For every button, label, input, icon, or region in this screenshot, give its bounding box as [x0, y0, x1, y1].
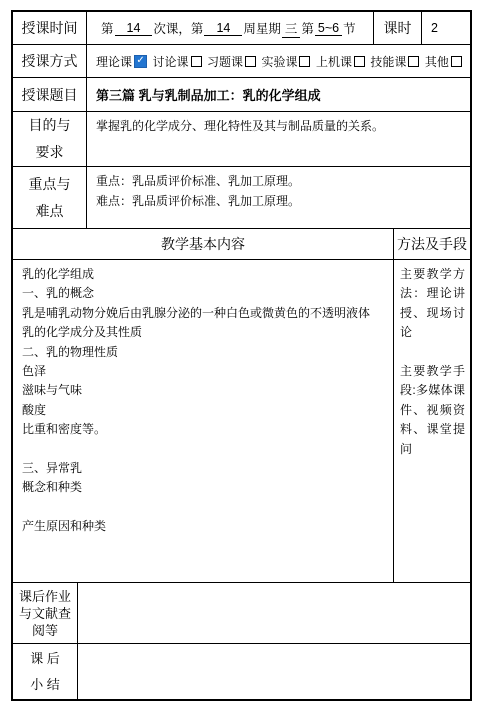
methods-paragraph: 主要教学方法：理论讲授、现场讨论 [400, 265, 465, 343]
content-line: 滋味与气味 [22, 381, 385, 400]
teaching-method-label: 授课方式 [13, 45, 87, 77]
row-teaching-method: 授课方式 理论课 讨论课 习题课 实验课 上机课 技能课 其他 [13, 45, 470, 78]
class-hours-value: 2 [422, 12, 470, 44]
content-line [22, 440, 385, 459]
option-discussion[interactable]: 讨论课 [152, 53, 201, 70]
checkbox-icon[interactable] [191, 56, 202, 67]
row-keypoints: 重点与 难点 重点：乳品质评价标准、乳加工原理。 难点：乳品质评价标准、乳加工原… [13, 167, 470, 229]
option-other[interactable]: 其他 [425, 53, 462, 70]
time-mid2: 周星期 [243, 19, 281, 37]
homework-label: 课后作业 与文献查 阅等 [13, 583, 78, 643]
difficulty-line: 难点：乳品质评价标准、乳加工原理。 [96, 191, 462, 211]
row-teaching-time: 授课时间 第14次课，第14周星期三第5~6节 课时 2 [13, 12, 470, 45]
teaching-content: 乳的化学组成 一、乳的概念 乳是哺乳动物分娩后由乳腺分泌的一种白色或微黄色的不透… [13, 260, 394, 582]
topic-label: 授课题目 [13, 78, 87, 111]
option-computer[interactable]: 上机课 [316, 53, 365, 70]
row-purpose: 目的与 要求 掌握乳的化学成分、理化特性及其与制品质量的关系。 [13, 112, 470, 167]
content-line: 乳的化学成分及其性质 [22, 323, 385, 342]
lesson-plan-table: 授课时间 第14次课，第14周星期三第5~6节 课时 2 授课方式 理论课 讨论… [11, 10, 472, 701]
content-line: 乳的化学组成 [22, 265, 385, 284]
teaching-time-label: 授课时间 [13, 12, 87, 44]
periods-blank: 5~6 [315, 21, 342, 36]
summary-content [78, 644, 470, 699]
content-line: 二、乳的物理性质 [22, 343, 385, 362]
content-line: 产生原因和种类 [22, 517, 385, 536]
checkbox-icon[interactable] [451, 56, 462, 67]
teaching-method-options: 理论课 讨论课 习题课 实验课 上机课 技能课 其他 [87, 45, 470, 77]
row-homework: 课后作业 与文献查 阅等 [13, 583, 470, 644]
teaching-time-value: 第14次课，第14周星期三第5~6节 [87, 12, 374, 44]
keypoint-line: 重点：乳品质评价标准、乳加工原理。 [96, 171, 462, 191]
checkbox-icon[interactable] [245, 56, 256, 67]
time-mid3: 第 [301, 19, 314, 37]
row-main-content: 乳的化学组成 一、乳的概念 乳是哺乳动物分娩后由乳腺分泌的一种白色或微黄色的不透… [13, 260, 470, 583]
class-hours-label: 课时 [374, 12, 422, 44]
row-topic: 授课题目 第三篇 乳与乳制品加工：乳的化学组成 [13, 78, 470, 112]
methods-header-title: 方法及手段 [394, 229, 470, 259]
checkbox-icon[interactable] [408, 56, 419, 67]
checkbox-icon[interactable] [134, 55, 147, 68]
content-header-title: 教学基本内容 [13, 229, 394, 259]
purpose-label: 目的与 要求 [13, 112, 87, 166]
keypoints-content: 重点：乳品质评价标准、乳加工原理。 难点：乳品质评价标准、乳加工原理。 [87, 167, 470, 228]
content-line: 一、乳的概念 [22, 284, 385, 303]
content-line: 乳是哺乳动物分娩后由乳腺分泌的一种白色或微黄色的不透明液体 [22, 304, 385, 323]
checkbox-icon[interactable] [299, 56, 310, 67]
weekday-blank: 三 [282, 19, 301, 38]
methods-gap [400, 343, 465, 362]
checkbox-icon[interactable] [354, 56, 365, 67]
homework-content [78, 583, 470, 643]
option-exercise[interactable]: 习题课 [207, 53, 256, 70]
time-suffix: 节 [343, 19, 356, 37]
row-summary: 课 后 小 结 [13, 644, 470, 699]
keypoints-label: 重点与 难点 [13, 167, 87, 228]
content-line [22, 498, 385, 517]
time-mid1: 次课，第 [153, 19, 203, 37]
time-prefix: 第 [101, 19, 114, 37]
methods-panel: 主要教学方法：理论讲授、现场讨论 主要教学手段:多媒体课件、视频资料、课堂提问 [394, 260, 470, 582]
content-line: 色泽 [22, 362, 385, 381]
week-number-blank: 14 [204, 21, 242, 36]
purpose-content: 掌握乳的化学成分、理化特性及其与制品质量的关系。 [87, 112, 470, 166]
option-skill[interactable]: 技能课 [370, 53, 419, 70]
row-content-header: 教学基本内容 方法及手段 [13, 229, 470, 260]
summary-label: 课 后 小 结 [13, 644, 78, 699]
lesson-number-blank: 14 [115, 21, 153, 36]
option-experiment[interactable]: 实验课 [261, 53, 310, 70]
topic-title: 第三篇 乳与乳制品加工：乳的化学组成 [87, 78, 470, 111]
content-line: 酸度 [22, 401, 385, 420]
option-theory[interactable]: 理论课 [96, 53, 147, 70]
means-paragraph: 主要教学手段:多媒体课件、视频资料、课堂提问 [400, 362, 465, 459]
content-line: 比重和密度等。 [22, 420, 385, 439]
content-line: 三、异常乳 [22, 459, 385, 478]
content-line: 概念和种类 [22, 478, 385, 497]
